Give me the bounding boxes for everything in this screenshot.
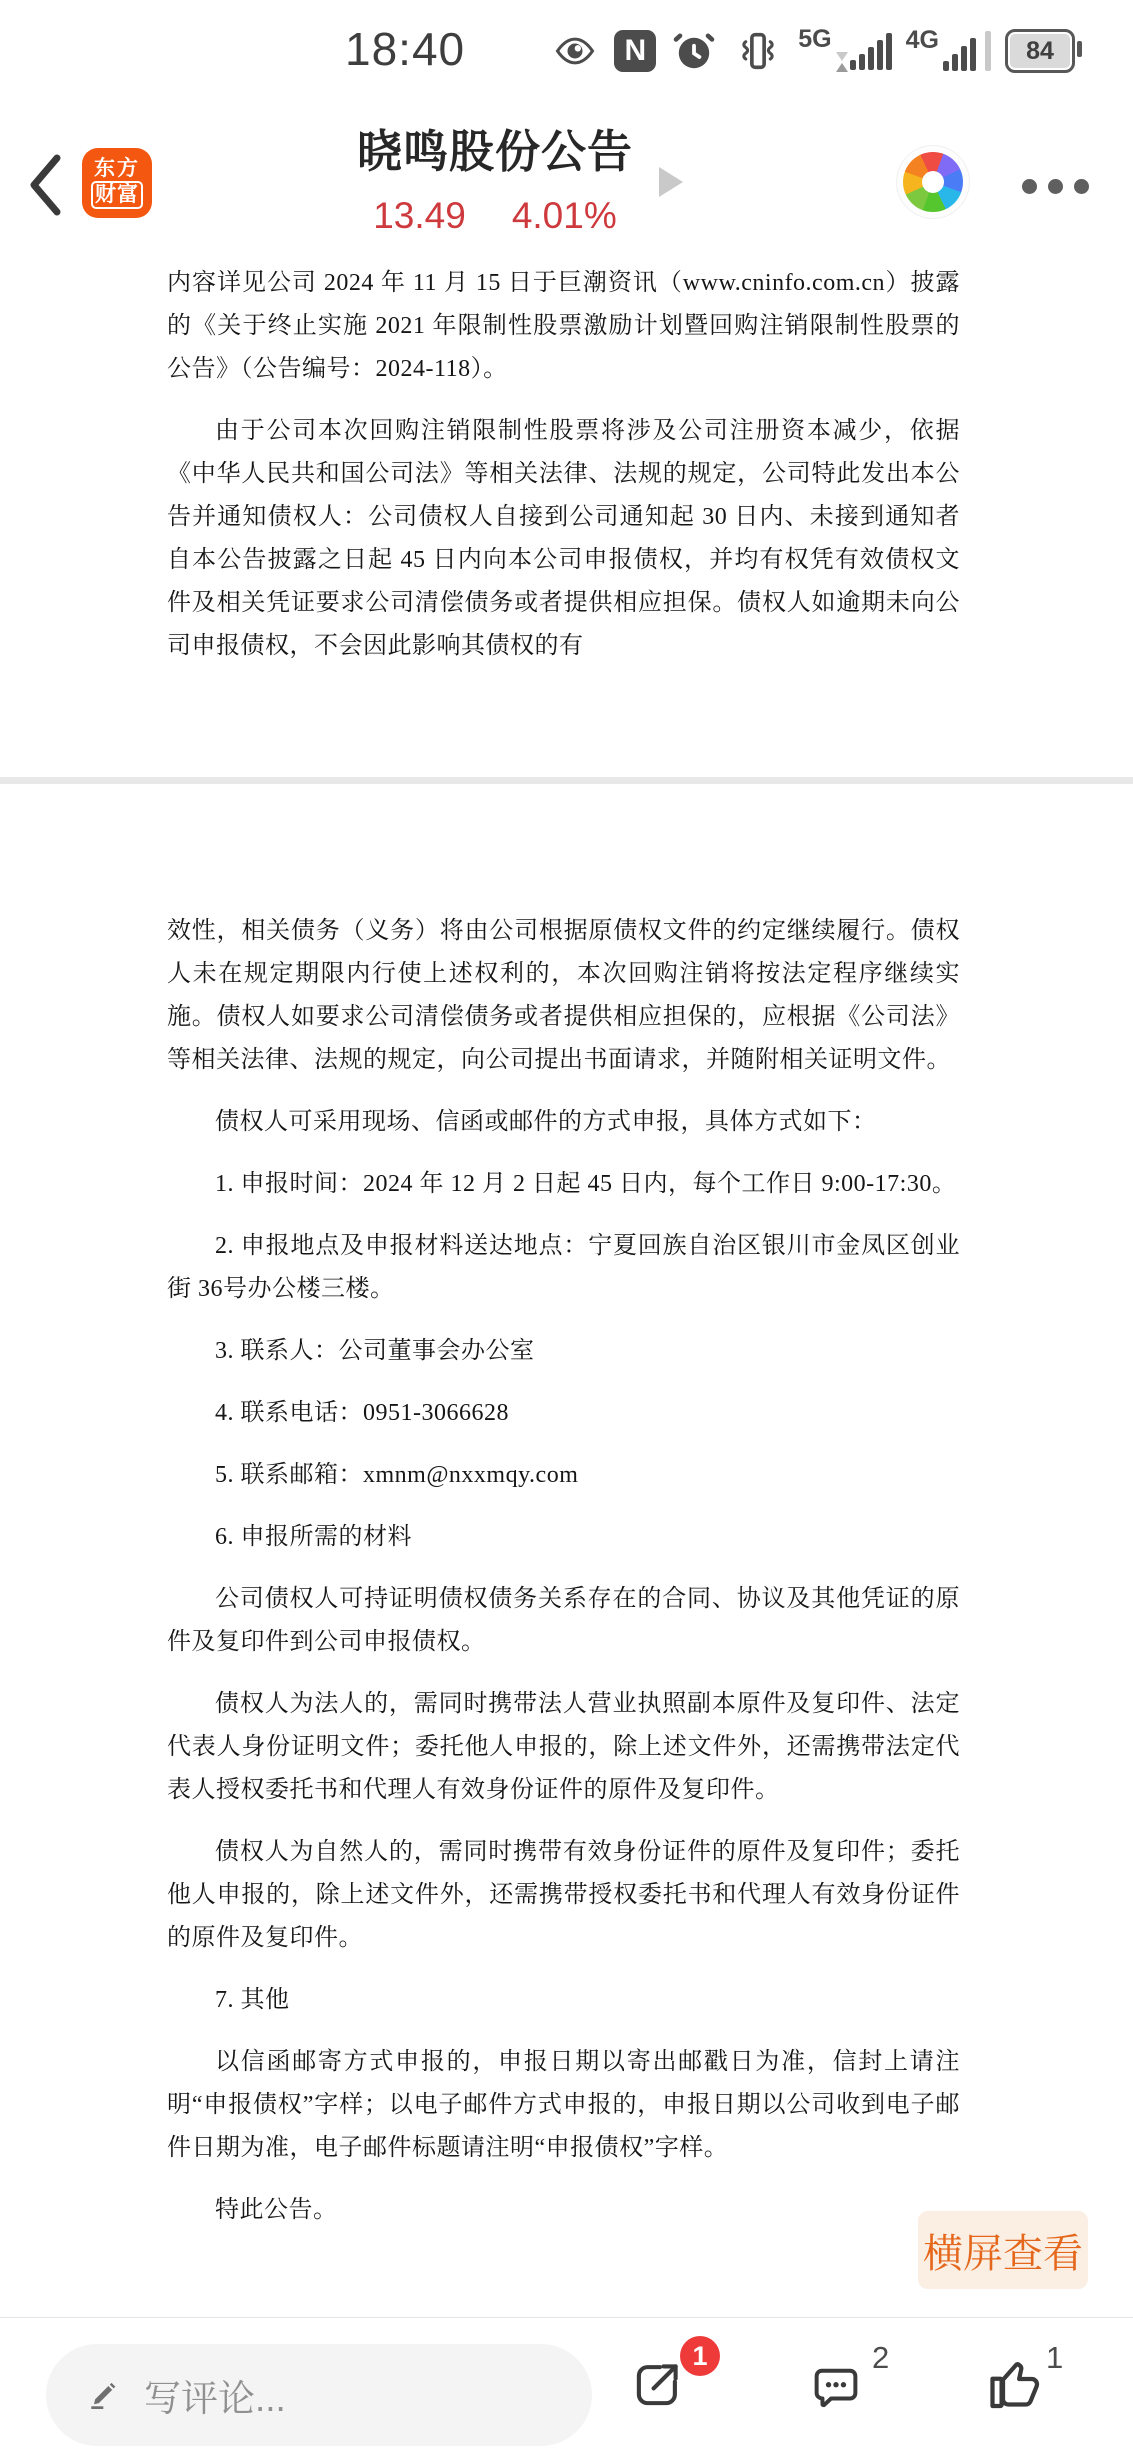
back-button[interactable] <box>26 153 64 222</box>
bottom-action-bar: 写评论... 1 2 1 <box>0 2317 1133 2453</box>
share-button[interactable] <box>628 2356 686 2419</box>
nfc-icon: N <box>614 30 656 72</box>
document-paragraph: 公司债权人可持证明债权债务关系存在的合同、协议及其他凭证的原件及复印件到公司申报… <box>167 1578 960 1664</box>
status-icons: N 5G <box>550 20 1083 82</box>
document-paragraph: 以信函邮寄方式申报的，申报日期以寄出邮戳日为准，信封上请注明“申报债权”字样；以… <box>167 2041 960 2170</box>
document-paragraph: 效性，相关债务（义务）将由公司根据原债权文件的约定继续履行。债权人未在规定期限内… <box>167 910 960 1082</box>
document-paragraph: 3. 联系人：公司董事会办公室 <box>167 1330 960 1373</box>
stock-price: 13.49 <box>373 195 466 237</box>
document-page-2: 效性，相关债务（义务）将由公司根据原债权文件的约定继续履行。债权人未在规定期限内… <box>0 784 1133 2453</box>
pencil-icon <box>84 2374 122 2417</box>
document-paragraph: 5. 联系邮箱：xmnm@nxxmqy.com <box>167 1454 960 1497</box>
vibrate-icon <box>732 28 784 74</box>
like-count: 1 <box>1046 2340 1063 2376</box>
aperture-icon[interactable] <box>903 152 963 212</box>
document-paragraph: 由于公司本次回购注销限制性股票将涉及公司注册资本减少，依据《中华人民共和国公司法… <box>167 410 960 668</box>
document-paragraph: 内容详见公司 2024 年 11 月 15 日于巨潮资讯（www.cninfo.… <box>167 262 960 391</box>
more-ellipsis-icon[interactable] <box>1022 179 1089 194</box>
stock-quote[interactable]: 13.49 4.01% <box>280 195 710 237</box>
document-paragraph: 债权人为自然人的，需同时携带有效身份证件的原件及复印件；委托他人申报的，除上述文… <box>167 1831 960 1960</box>
document-paragraph: 4. 联系电话：0951-3066628 <box>167 1392 960 1435</box>
page-gap-divider <box>0 777 1133 784</box>
comment-placeholder: 写评论... <box>144 2368 286 2422</box>
signal-5g-icon: 5G <box>798 33 891 70</box>
document-paragraph: 债权人可采用现场、信函或邮件的方式申报，具体方式如下： <box>167 1101 960 1144</box>
landscape-view-button[interactable]: 横屏查看 <box>918 2211 1088 2289</box>
header: 东方 财富 晓鸣股份公告 13.49 4.01% <box>0 105 1133 249</box>
comment-count: 2 <box>872 2340 889 2376</box>
clock-text: 18:40 <box>345 22 465 76</box>
signal-4g-icon: 4G <box>906 31 991 71</box>
app-screen: 18:40 N <box>0 0 1133 2453</box>
battery-icon: 84 <box>1005 29 1075 73</box>
document-paragraph: 7. 其他 <box>167 1979 960 2022</box>
document-paragraph: 2. 申报地点及申报材料送达地点：宁夏回族自治区银川市金凤区创业街 36号办公楼… <box>167 1225 960 1311</box>
stock-change: 4.01% <box>512 195 617 237</box>
document-paragraph: 债权人为法人的，需同时携带法人营业执照副本原件及复印件、法定代表人身份证明文件；… <box>167 1683 960 1812</box>
comment-input[interactable]: 写评论... <box>46 2344 592 2446</box>
play-triangle-icon[interactable] <box>659 167 683 197</box>
page-title: 晓鸣股份公告 <box>280 125 710 179</box>
document-paragraph: 特此公告。 <box>167 2189 960 2232</box>
alarm-icon <box>670 27 718 75</box>
share-badge: 1 <box>680 2336 720 2376</box>
status-bar: 18:40 N <box>0 0 1133 105</box>
app-logo: 东方 财富 <box>82 148 152 218</box>
battery-percent: 84 <box>1008 32 1072 70</box>
document-paragraph: 1. 申报时间：2024 年 12 月 2 日起 45 日内，每个工作日 9:0… <box>167 1163 960 1206</box>
like-button[interactable] <box>984 2354 1044 2419</box>
document-page-1: 内容详见公司 2024 年 11 月 15 日于巨潮资讯（www.cninfo.… <box>0 248 1133 777</box>
document-paragraph: 6. 申报所需的材料 <box>167 1516 960 1559</box>
comments-button[interactable] <box>806 2360 866 2421</box>
eye-protection-icon <box>550 31 600 71</box>
